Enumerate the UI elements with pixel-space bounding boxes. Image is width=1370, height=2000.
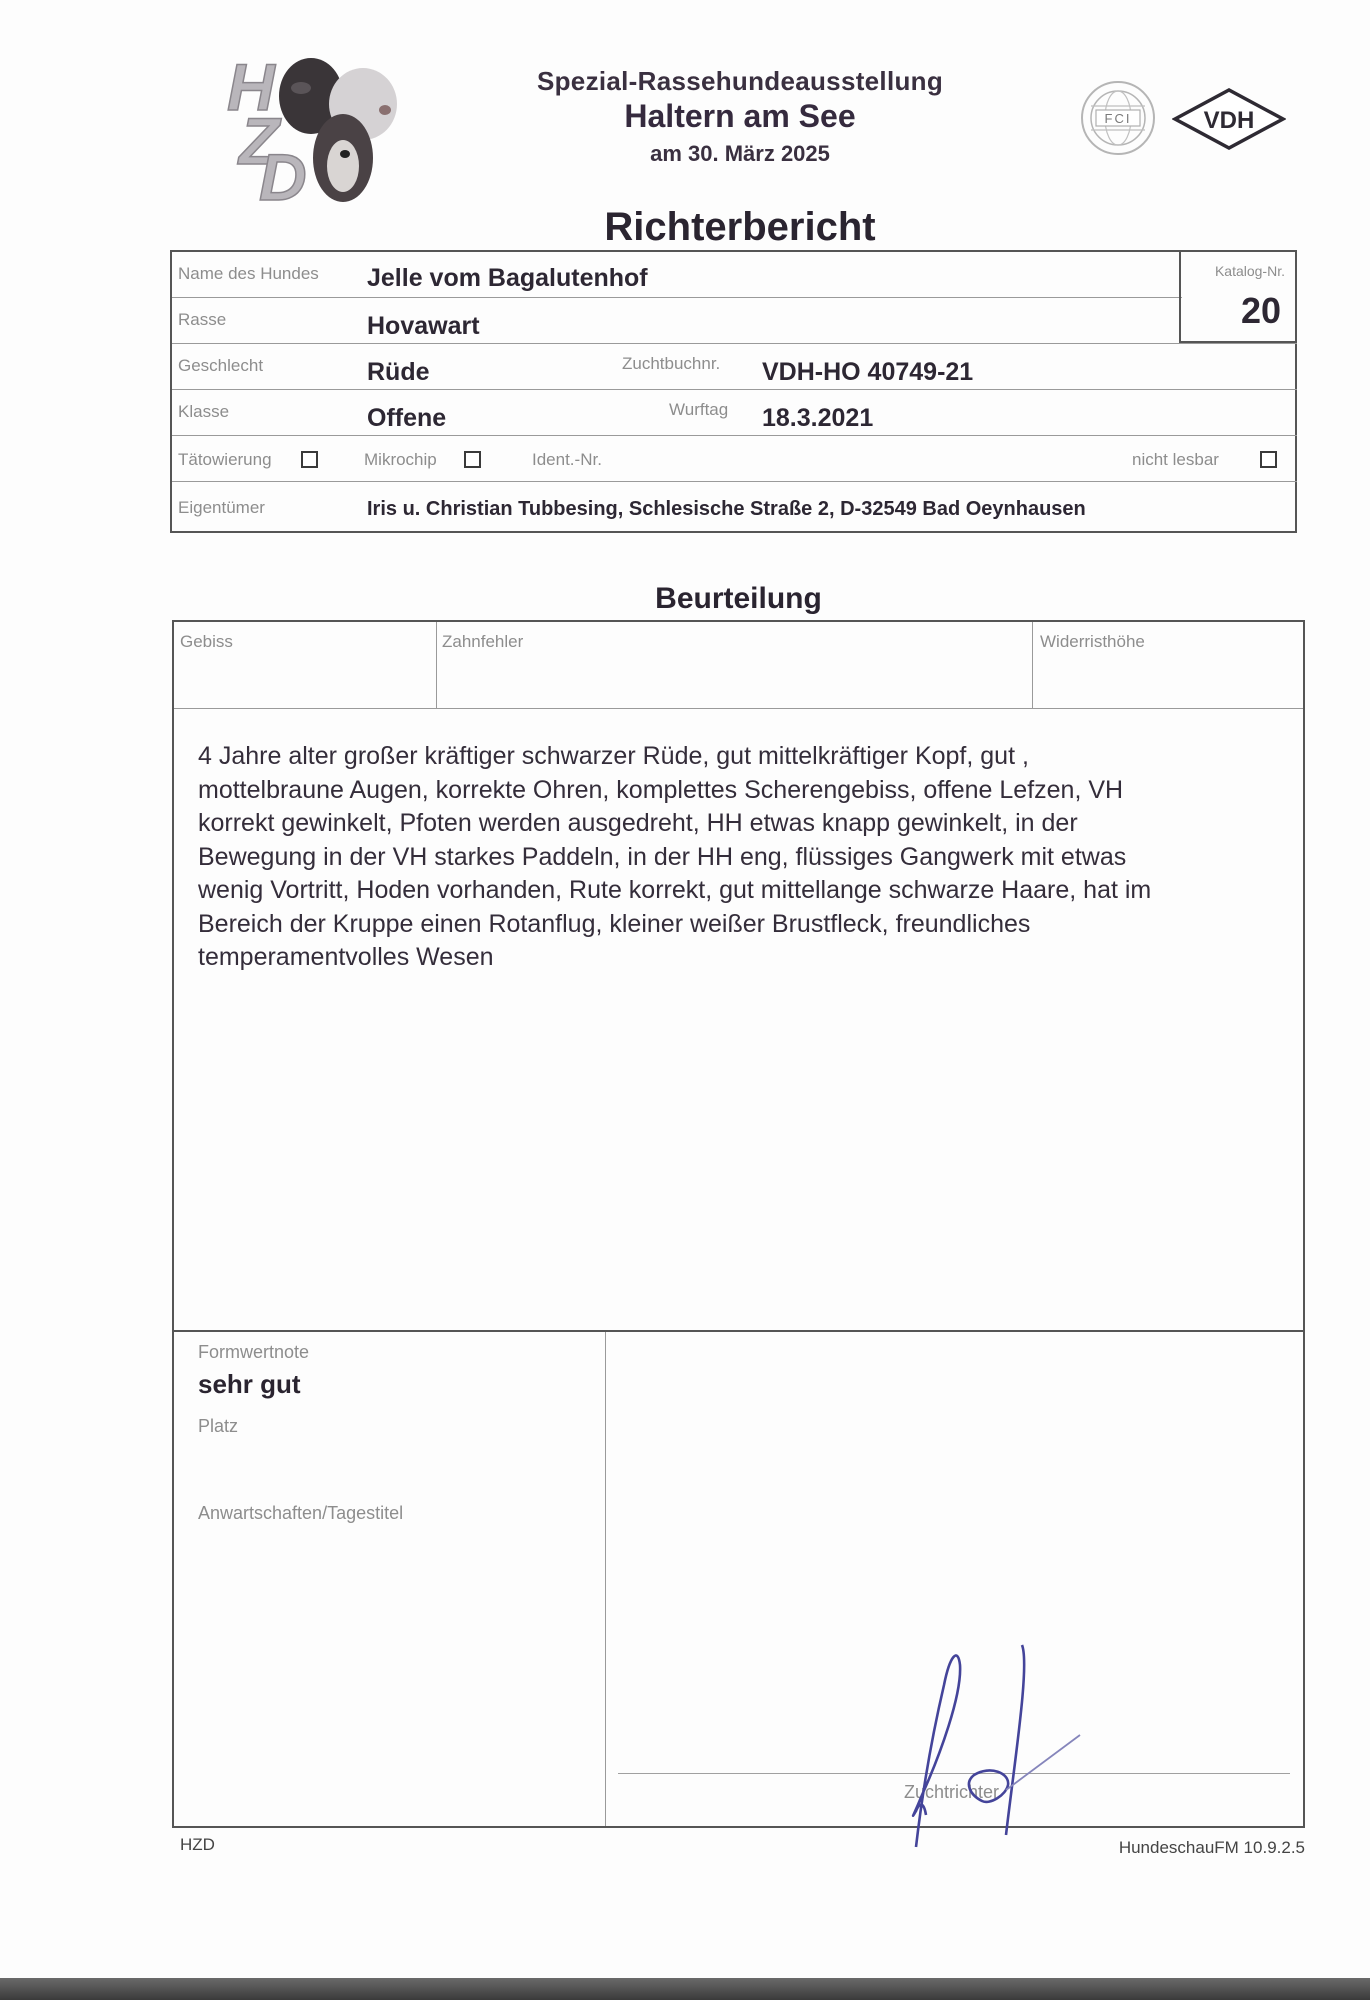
- place-label: Platz: [198, 1416, 403, 1437]
- unreadable-checkbox[interactable]: [1260, 451, 1277, 468]
- report-line: Bereich der Kruppe einen Rotanflug, klei…: [198, 908, 1278, 942]
- birth-date-value: 18.3.2021: [762, 404, 873, 433]
- report-line: korrekt gewinkelt, Pfoten werden ausgedr…: [198, 807, 1278, 841]
- class-label: Klasse: [178, 402, 229, 422]
- catalog-number-box: Katalog-Nr. 20: [1179, 250, 1297, 343]
- breed-label: Rasse: [178, 310, 226, 330]
- svg-text:D: D: [259, 140, 307, 206]
- event-date: am 30. März 2025: [440, 141, 1040, 167]
- document-page: H Z D Spezial-Rassehundeausstellung Halt…: [0, 0, 1370, 1985]
- scan-edge-shadow: [0, 1978, 1370, 2000]
- report-line: temperamentvolles Wesen: [198, 941, 1278, 975]
- tattoo-label: Tätowierung: [178, 450, 272, 470]
- ident-number-label: Ident.-Nr.: [532, 450, 602, 470]
- assessment-box: Gebiss Zahnfehler Widerristhöhe 4 Jahre …: [172, 620, 1305, 1828]
- microchip-label: Mikrochip: [364, 450, 437, 470]
- tattoo-checkbox[interactable]: [301, 451, 318, 468]
- breed-value: Hovawart: [367, 312, 480, 341]
- birth-date-label: Wurftag: [669, 400, 728, 420]
- catalog-number-label: Katalog-Nr.: [1215, 263, 1285, 279]
- report-line: wenig Vortritt, Hoden vorhanden, Rute ko…: [198, 874, 1278, 908]
- hzd-club-logo: H Z D: [225, 48, 425, 206]
- fci-logo: FCI: [1080, 80, 1156, 156]
- dog-name-value: Jelle vom Bagalutenhof: [367, 264, 648, 293]
- microchip-checkbox[interactable]: [464, 451, 481, 468]
- judge-signature: [860, 1625, 1100, 1865]
- footer-club: HZD: [180, 1835, 215, 1855]
- footer-version: HundeschauFM 10.9.2.5: [1119, 1838, 1305, 1858]
- svg-text:FCI: FCI: [1105, 111, 1132, 126]
- vdh-logo: VDH: [1172, 88, 1286, 150]
- event-name: Spezial-Rassehundeausstellung: [440, 66, 1040, 97]
- studbook-label: Zuchtbuchnr.: [622, 354, 720, 374]
- report-line: mottelbraune Augen, korrekte Ohren, komp…: [198, 774, 1278, 808]
- class-value: Offene: [367, 404, 446, 433]
- teeth-label: Gebiss: [180, 632, 233, 652]
- svg-text:VDH: VDH: [1204, 107, 1255, 134]
- studbook-value: VDH-HO 40749-21: [762, 358, 973, 387]
- catalog-number-value: 20: [1241, 290, 1281, 332]
- report-line: 4 Jahre alter großer kräftiger schwarzer…: [198, 740, 1278, 774]
- unreadable-label: nicht lesbar: [1132, 450, 1219, 470]
- judge-report-text: 4 Jahre alter großer kräftiger schwarzer…: [198, 740, 1278, 975]
- sex-label: Geschlecht: [178, 356, 263, 376]
- event-city: Haltern am See: [440, 98, 1040, 135]
- sex-value: Rüde: [367, 358, 430, 387]
- grade-label: Formwertnote: [198, 1342, 403, 1363]
- document-title: Richterbericht: [440, 205, 1040, 250]
- withers-height-label: Widerristhöhe: [1040, 632, 1145, 652]
- missing-teeth-label: Zahnfehler: [442, 632, 523, 652]
- report-line: Bewegung in der VH starkes Paddeln, in d…: [198, 841, 1278, 875]
- dog-name-label: Name des Hundes: [178, 264, 319, 284]
- grade-value: sehr gut: [198, 1369, 403, 1400]
- owner-value: Iris u. Christian Tubbesing, Schlesische…: [367, 498, 1086, 521]
- dog-details-box: Name des Hundes Jelle vom Bagalutenhof R…: [170, 250, 1297, 533]
- owner-label: Eigentümer: [178, 498, 265, 518]
- titles-label: Anwartschaften/Tagestitel: [198, 1503, 403, 1524]
- assessment-title: Beurteilung: [172, 582, 1305, 616]
